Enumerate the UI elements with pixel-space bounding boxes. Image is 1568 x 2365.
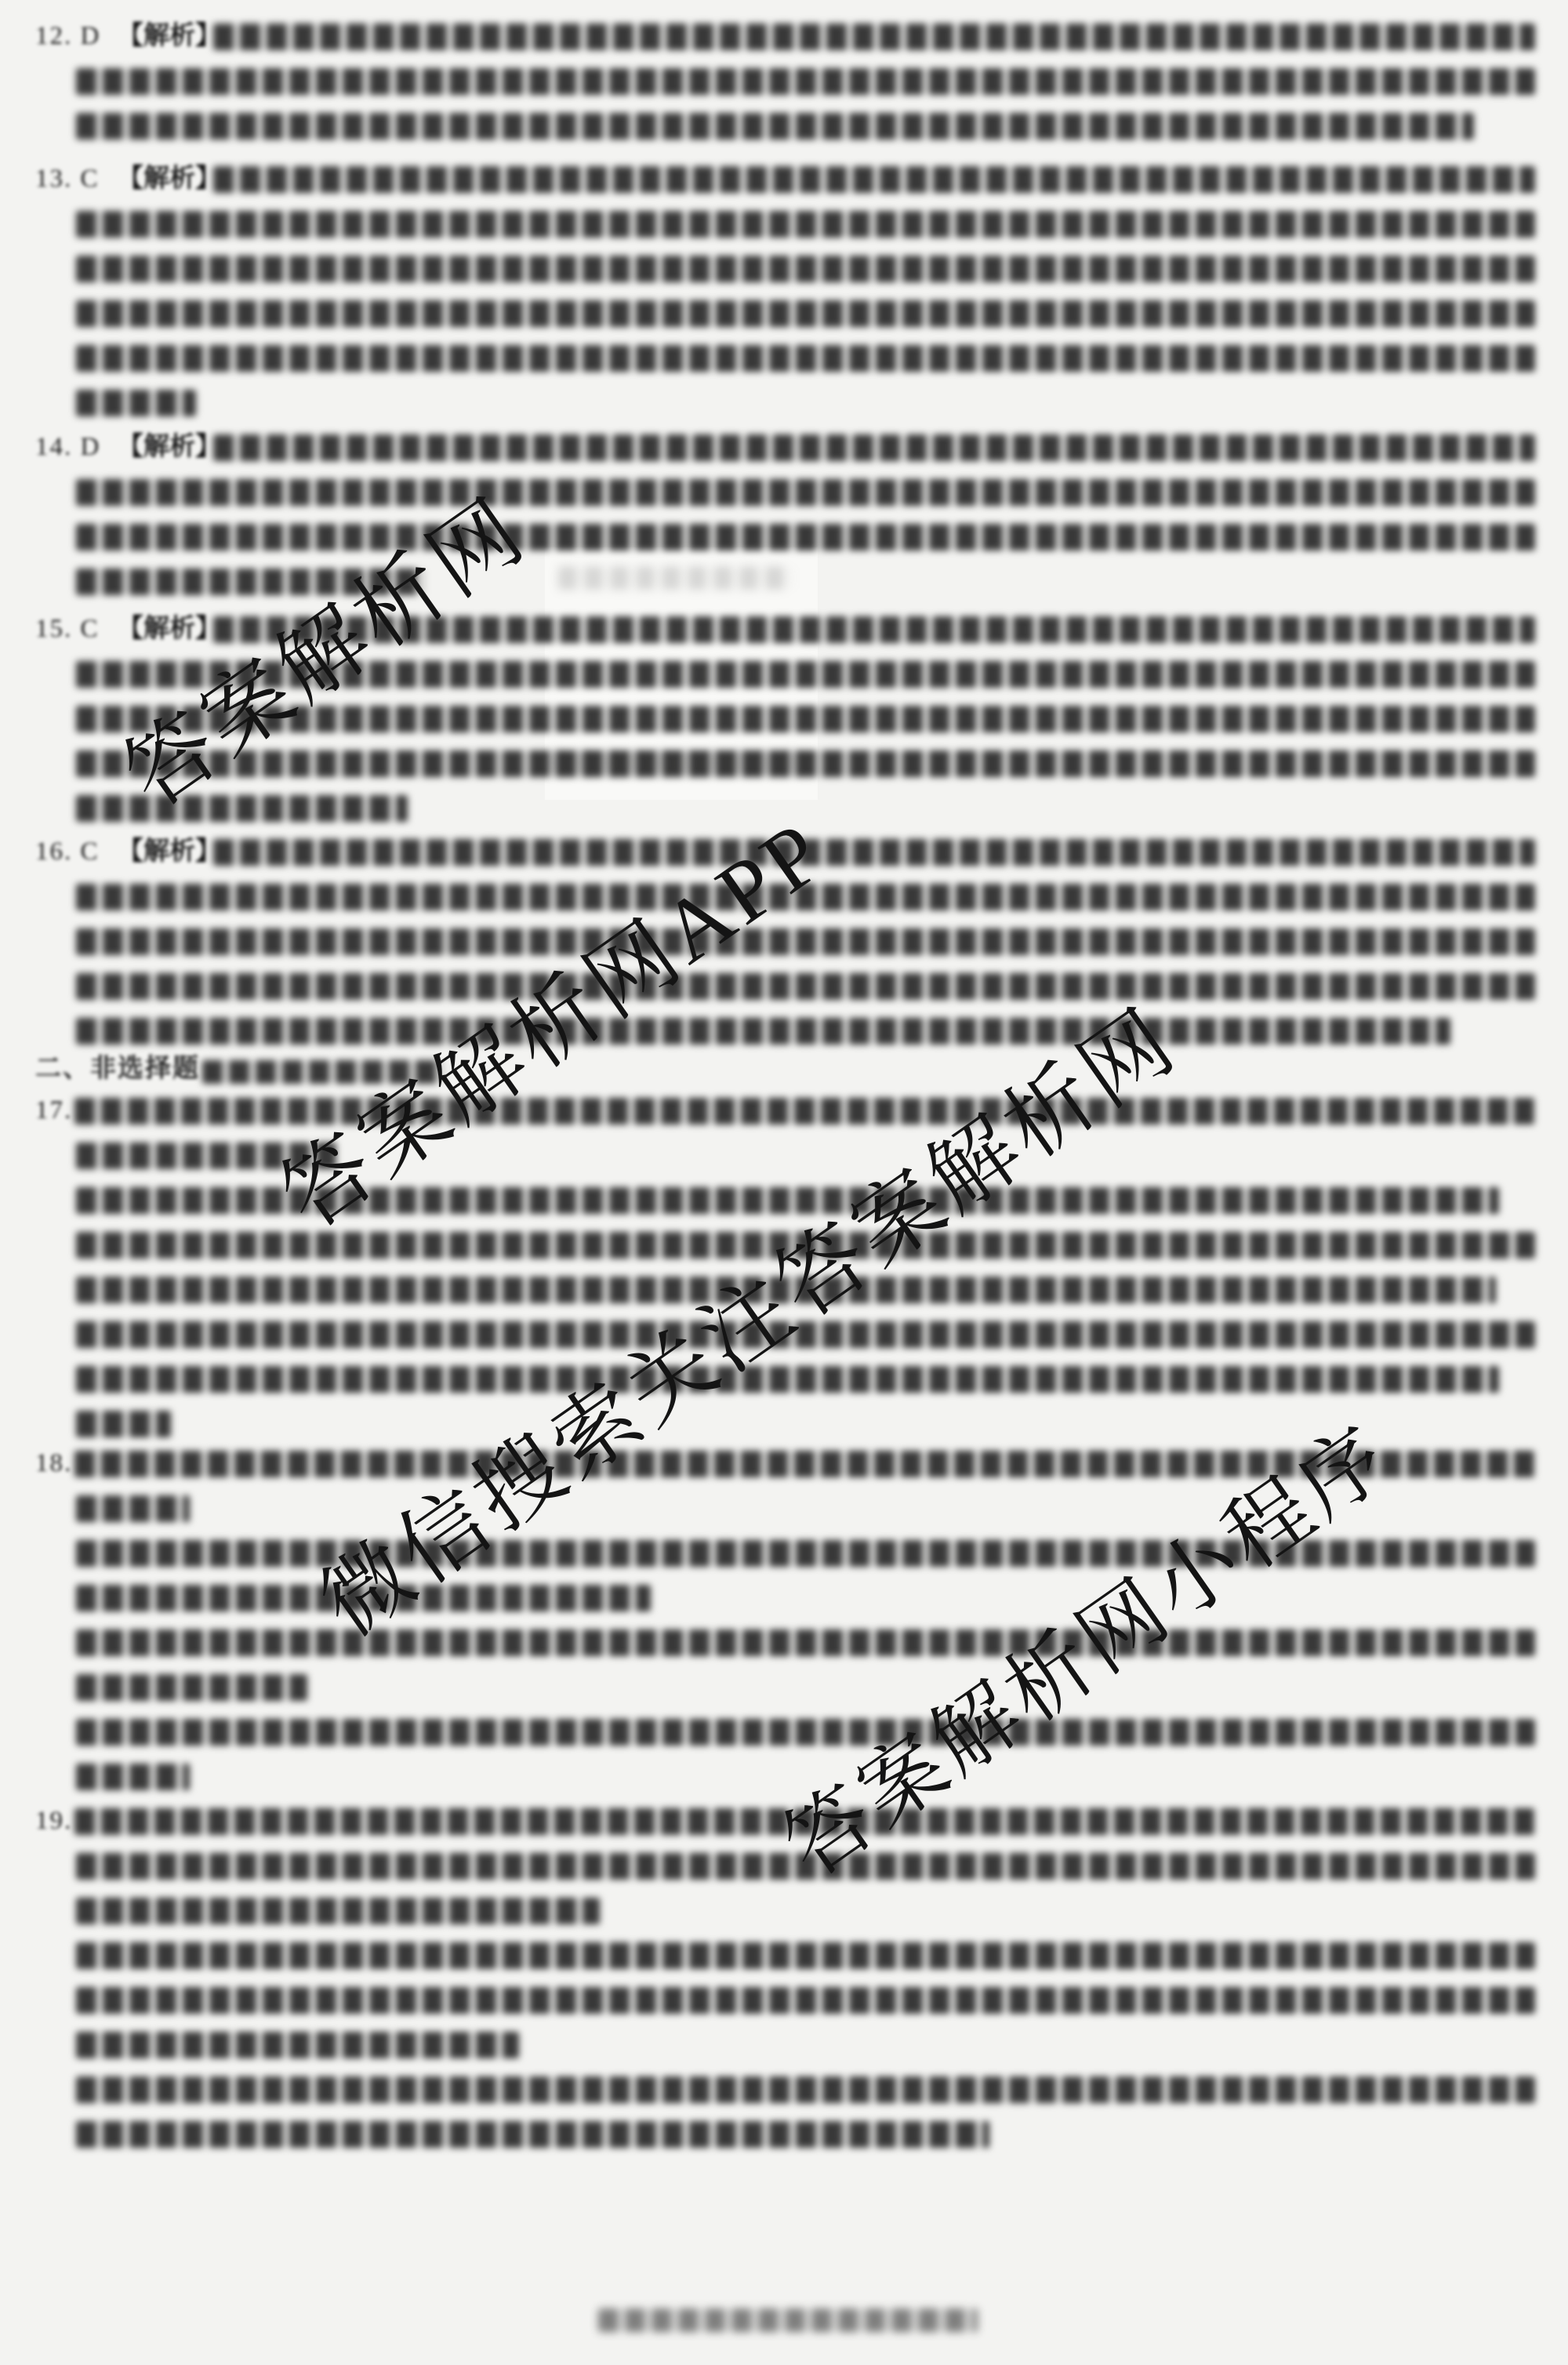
analysis-tag: 【解析】 <box>118 836 221 867</box>
blurred-text-line <box>76 390 196 416</box>
blurred-text-line <box>76 345 1535 372</box>
blurred-text-line <box>76 795 408 822</box>
blurred-text-line <box>76 1366 1499 1393</box>
question-number-label: 19. <box>35 1805 72 1836</box>
blurred-text-line <box>213 24 1535 50</box>
blurred-text-line <box>76 256 1535 282</box>
blurred-text-line <box>76 1764 190 1790</box>
question-number-label: 18. <box>35 1448 72 1479</box>
scanned-exam-answer-page: 12. D【解析】13. C【解析】14. D【解析】15. C【解析】16. … <box>0 0 1568 2365</box>
blurred-text-line <box>76 928 1535 955</box>
blurred-text-line <box>76 2076 1535 2103</box>
blurred-text-line <box>76 211 1535 238</box>
blurred-text-line <box>213 166 1535 193</box>
answer-number-label: 13. C <box>35 163 100 194</box>
answer-number-label: 12. D <box>35 20 100 52</box>
blurred-text-line <box>76 479 1535 506</box>
blurred-text-line <box>76 2032 519 2058</box>
blurred-text-line <box>76 1495 190 1522</box>
blurred-text-line <box>76 68 1535 95</box>
blurred-text-line <box>76 2121 989 2148</box>
answer-number-label: 14. D <box>35 431 100 463</box>
blurred-text-line <box>76 1018 1450 1044</box>
analysis-tag: 【解析】 <box>118 163 221 194</box>
blurred-text-line <box>76 524 1535 550</box>
ghost-text-line <box>558 566 792 590</box>
blurred-text-line <box>76 1629 1535 1656</box>
answer-number-label: 15. C <box>35 613 100 645</box>
blurred-text-line <box>213 434 1535 461</box>
question-number-label: 17. <box>35 1095 72 1126</box>
blurred-text-line <box>76 1987 1535 2014</box>
footer-blurred-caption <box>598 2309 978 2332</box>
blurred-text-line <box>76 1898 600 1924</box>
blurred-text-line <box>76 300 1535 327</box>
blurred-text-line <box>76 1942 1535 1969</box>
blurred-text-line <box>213 839 1535 866</box>
analysis-tag: 【解析】 <box>118 20 221 52</box>
section-header-label: 二、非选择题 <box>35 1053 200 1084</box>
blurred-text-line <box>76 113 1474 140</box>
analysis-tag: 【解析】 <box>118 613 221 645</box>
blurred-text-line <box>76 1719 1535 1746</box>
blurred-text-line <box>76 973 1535 1000</box>
answer-number-label: 16. C <box>35 836 100 867</box>
blurred-text-line <box>76 750 1535 777</box>
blurred-text-line <box>76 1674 307 1701</box>
analysis-tag: 【解析】 <box>118 431 221 463</box>
blurred-text-line <box>74 1098 1535 1124</box>
blurred-text-line <box>76 1411 171 1437</box>
